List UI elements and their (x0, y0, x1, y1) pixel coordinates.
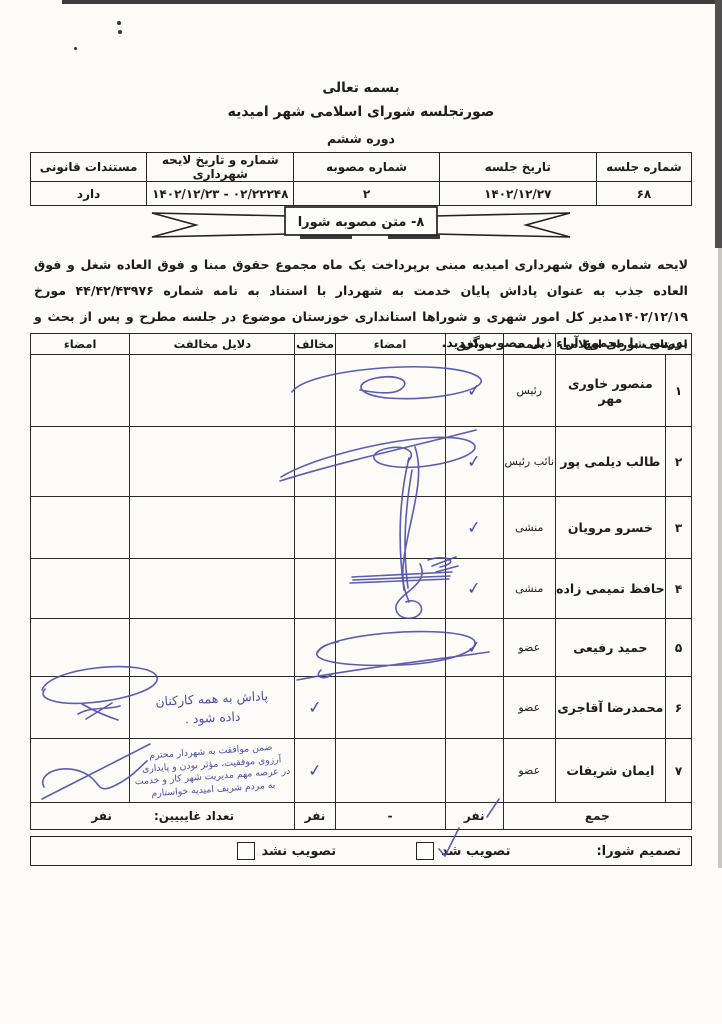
member-position: عضو (503, 619, 555, 677)
signature-left-cell (31, 355, 130, 427)
reasons-cell: پاداش به همه کارکنان داده شود . (130, 677, 295, 739)
signature-cell (335, 355, 445, 427)
table-row: ۱ منصور خاوری مهر رئیس ✓ (31, 355, 692, 427)
row-number: ۱ (665, 355, 691, 427)
signature-left-cell (31, 739, 130, 803)
totals-signature-dash: - (335, 803, 445, 830)
row-number: ۲ (665, 427, 691, 497)
row-number: ۴ (665, 559, 691, 619)
agree-cell (445, 677, 503, 739)
legal-docs-header: مستندات قانونی (31, 153, 147, 182)
member-name: حمید رفیعی (555, 619, 665, 677)
oppose-cell (295, 427, 335, 497)
signature-left-cell (31, 619, 130, 677)
agree-cell: ✓ (445, 559, 503, 619)
agree-cell (445, 739, 503, 803)
table-row: ۴ حافظ تمیمی زاده منشی ✓ (31, 559, 692, 619)
signature-left-cell (31, 559, 130, 619)
council-decision-strip: تصمیم شورا: تصویب شد تصویب نشد (30, 836, 692, 866)
oppose-column-header: مخالف (295, 334, 335, 355)
oppose-check-icon: ✓ (307, 697, 323, 718)
agree-column-header: موافق (445, 334, 503, 355)
agree-check-icon: ✓ (466, 578, 482, 599)
not-approved-label: تصویب نشد (262, 844, 337, 859)
agree-cell: ✓ (445, 355, 503, 427)
members-column-header: اعضای شورای اسلامی (555, 334, 691, 355)
member-name: محمدرضا آقاجری (555, 677, 665, 739)
agree-cell: ✓ (445, 619, 503, 677)
session-number-value: ۶۸ (596, 182, 691, 206)
session-info-table: شماره جلسه تاریخ جلسه شماره مصوبه شماره … (30, 152, 692, 206)
row-number: ۷ (665, 739, 691, 803)
agree-cell: ✓ (445, 427, 503, 497)
section-ribbon-banner: ۸- متن مصوبه شورا (148, 203, 574, 249)
votes-table: اعضای شورای اسلامی سمت موافق امضاء مخالف… (30, 333, 692, 830)
totals-label: جمع (503, 803, 691, 830)
table-row: ۲ طالب دیلمی پور نائب رئیس ✓ (31, 427, 692, 497)
session-date-value: ۱۴۰۲/۱۲/۲۷ (439, 182, 596, 206)
reasons-cell (130, 355, 295, 427)
member-name: ایمان شریفات (555, 739, 665, 803)
signature-left-column-header: امضاء (31, 334, 130, 355)
member-position: عضو (503, 739, 555, 803)
ribbon-label: ۸- متن مصوبه شورا (298, 215, 425, 230)
signature-cell (335, 739, 445, 803)
votes-header-row: اعضای شورای اسلامی سمت موافق امضاء مخالف… (31, 334, 692, 355)
bill-number-value: ۱۴۰۲/۱۲/۲۳ - ۰۲/۲۲۲۴۸ (147, 182, 294, 206)
reasons-cell (130, 619, 295, 677)
handwritten-opposition-note: ضمن موافقت به شهردار محترم آرزوی موفقیت،… (129, 740, 296, 801)
agree-check-icon: ✓ (466, 637, 482, 658)
scan-edge-top (62, 0, 722, 4)
agree-check-icon: ✓ (466, 380, 482, 401)
session-number-header: شماره جلسه (596, 153, 691, 182)
table-row: ۳ خسرو مرویان منشی ✓ (31, 497, 692, 559)
ink-speck (117, 21, 121, 25)
signature-cell (335, 559, 445, 619)
signature-left-cell (31, 427, 130, 497)
resolution-number-value: ۲ (294, 182, 439, 206)
page-title: صورتجلسه شورای اسلامی شهر امیدیه (0, 104, 722, 120)
table-row: ۶ محمدرضا آقاجری عضو ✓ پاداش به همه کارک… (31, 677, 692, 739)
table-row: ۵ حمید رفیعی عضو ✓ (31, 619, 692, 677)
handwritten-opposition-note: پاداش به همه کارکنان داده شود . (129, 684, 295, 731)
approved-label: تصویب شد (441, 844, 510, 859)
absent-count-label: تعداد غایبیین: (154, 809, 234, 823)
ink-speck (118, 30, 122, 34)
oppose-cell: ✓ (295, 739, 335, 803)
oppose-check-icon: ✓ (307, 760, 323, 781)
row-number: ۶ (665, 677, 691, 739)
ink-speck (74, 47, 77, 50)
reasons-cell: ضمن موافقت به شهردار محترم آرزوی موفقیت،… (130, 739, 295, 803)
oppose-cell (295, 497, 335, 559)
member-name: حافظ تمیمی زاده (555, 559, 665, 619)
agree-check-icon: ✓ (466, 451, 482, 472)
resolution-number-header: شماره مصوبه (294, 153, 439, 182)
reasons-cell (130, 427, 295, 497)
reasons-cell (130, 559, 295, 619)
approved-option: تصویب شد (416, 842, 510, 860)
not-approved-option: تصویب نشد (237, 842, 337, 860)
reasons-cell (130, 497, 295, 559)
decision-label: تصمیم شورا: (596, 844, 681, 859)
row-number: ۵ (665, 619, 691, 677)
totals-oppose-count: نفر (295, 803, 335, 830)
scanned-council-minutes-page: بسمه تعالی صورتجلسه شورای اسلامی شهر امی… (0, 0, 722, 1024)
member-position: رئیس (503, 355, 555, 427)
row-number: ۳ (665, 497, 691, 559)
signature-cell (335, 427, 445, 497)
signature-cell (335, 497, 445, 559)
bill-number-header: شماره و تاریخ لایحه شهرداری (147, 153, 294, 182)
position-column-header: سمت (503, 334, 555, 355)
table-row: ۷ ایمان شریفات عضو ✓ ضمن موافقت به شهردا… (31, 739, 692, 803)
oppose-cell (295, 355, 335, 427)
reasons-column-header: دلایل مخالفت (130, 334, 295, 355)
council-term: دوره ششم (0, 131, 722, 146)
scan-edge-right (715, 0, 722, 248)
legal-docs-value: دارد (31, 182, 147, 206)
member-name: طالب دیلمی پور (555, 427, 665, 497)
session-date-header: تاریخ جلسه (439, 153, 596, 182)
agree-check-icon: ✓ (466, 517, 482, 538)
signature-cell (335, 677, 445, 739)
oppose-cell (295, 559, 335, 619)
agree-cell: ✓ (445, 497, 503, 559)
member-name: خسرو مرویان (555, 497, 665, 559)
approved-checkbox (416, 842, 434, 860)
not-approved-checkbox (237, 842, 255, 860)
member-position: منشی (503, 497, 555, 559)
member-name: منصور خاوری مهر (555, 355, 665, 427)
signature-left-cell (31, 497, 130, 559)
bismillah-text: بسمه تعالی (0, 80, 722, 96)
absent-count-cell: تعداد غایبیین:نفر (31, 803, 295, 830)
scan-edge-right-faint (718, 248, 722, 868)
signature-cell (335, 619, 445, 677)
signature-left-cell (31, 677, 130, 739)
member-position: عضو (503, 677, 555, 739)
member-position: نائب رئیس (503, 427, 555, 497)
member-position: منشی (503, 559, 555, 619)
totals-row: جمع نفر - نفر تعداد غایبیین:نفر (31, 803, 692, 830)
absent-count-unit: نفر (91, 809, 112, 823)
totals-agree-count: نفر (445, 803, 503, 830)
signature-column-header: امضاء (335, 334, 445, 355)
oppose-cell: ✓ (295, 677, 335, 739)
oppose-cell (295, 619, 335, 677)
